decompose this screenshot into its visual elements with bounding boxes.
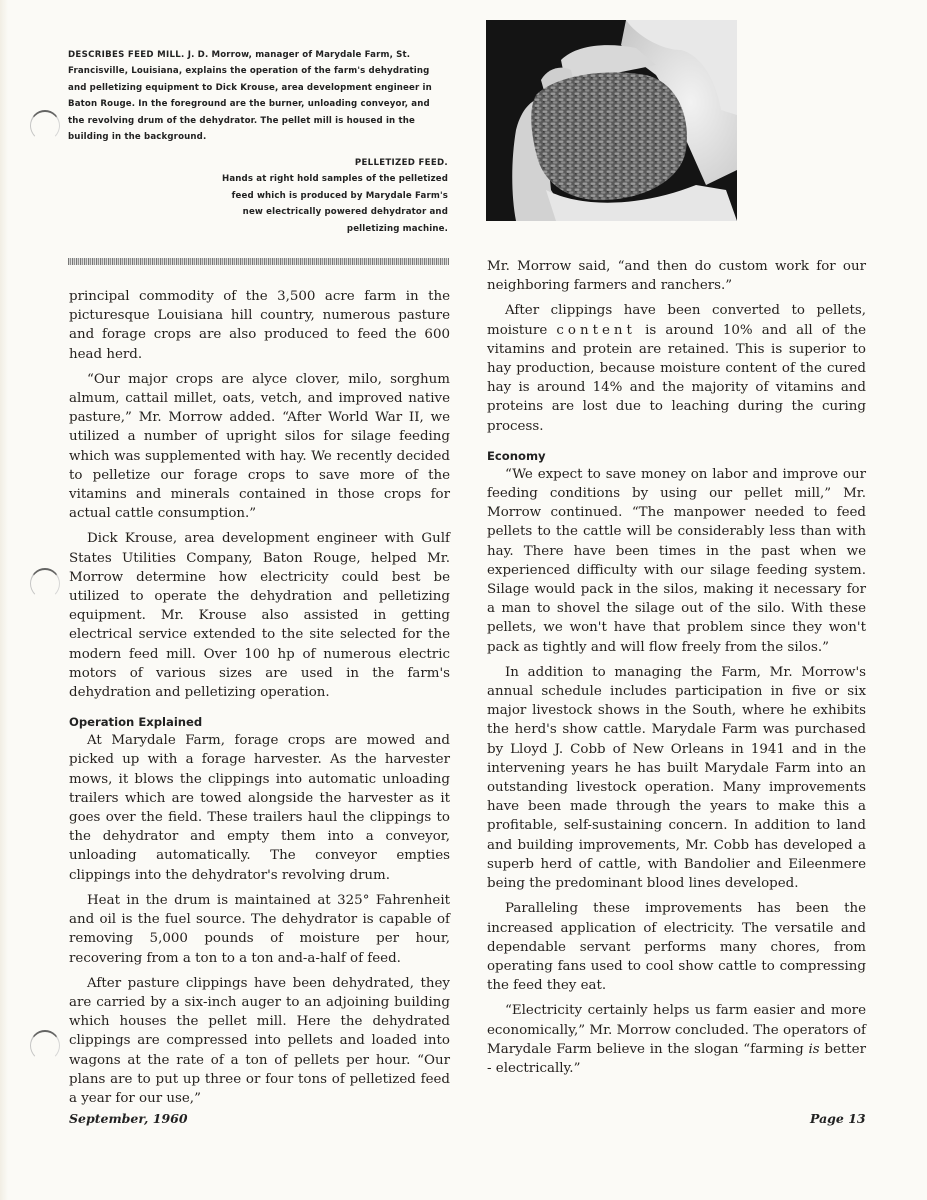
paragraph: Dick Krouse, area development engineer w…	[69, 529, 450, 702]
article-right-column: Mr. Morrow said, “and then do custom wor…	[487, 257, 866, 1084]
column-divider-rule	[68, 258, 449, 265]
section-heading-economy: Economy	[487, 447, 866, 465]
caption-text: J. D. Morrow, manager of Marydale Farm, …	[68, 50, 432, 142]
paragraph: After pasture clippings have been dehydr…	[69, 974, 450, 1108]
paragraph: In addition to managing the Farm, Mr. Mo…	[487, 663, 866, 893]
paragraph: Mr. Morrow said, “and then do custom wor…	[487, 257, 866, 295]
caption-text: Hands at right hold samples of the pelle…	[215, 171, 448, 237]
hole-punch-mark	[30, 568, 60, 599]
paragraph: principal commodity of the 3,500 acre fa…	[69, 287, 450, 364]
article-left-column: principal commodity of the 3,500 acre fa…	[69, 287, 450, 1114]
hole-punch-mark	[30, 110, 60, 141]
paragraph: After clippings have been converted to p…	[487, 301, 866, 435]
section-heading-operation-explained: Operation Explained	[69, 713, 450, 731]
caption-title: PELLETIZED FEED.	[215, 155, 448, 171]
footer-page-number: Page 13	[810, 1111, 866, 1126]
spaced-text-run: content	[556, 323, 636, 338]
page-edge	[0, 0, 8, 1200]
paragraph: “Electricity certainly helps us farm eas…	[487, 1001, 866, 1078]
caption-feed-mill: DESCRIBES FEED MILL. J. D. Morrow, manag…	[68, 47, 438, 145]
photo-pellets-in-hands	[486, 20, 737, 221]
paragraph: Heat in the drum is maintained at 325° F…	[69, 891, 450, 968]
paragraph: “We expect to save money on labor and im…	[487, 465, 866, 657]
italic-text-run: is	[808, 1042, 819, 1057]
footer-date: September, 1960	[69, 1111, 188, 1126]
caption-title: DESCRIBES FEED MILL.	[68, 50, 185, 60]
hands-pellets-image	[486, 20, 737, 221]
paragraph: Paralleling these improvements has been …	[487, 899, 866, 995]
caption-pelletized-feed: PELLETIZED FEED. Hands at right hold sam…	[215, 155, 448, 237]
paragraph: At Marydale Farm, forage crops are mowed…	[69, 731, 450, 885]
hole-punch-mark	[30, 1030, 60, 1061]
paragraph: “Our major crops are alyce clover, milo,…	[69, 370, 450, 524]
text-run: is around 10% and all of the vitamins an…	[487, 323, 866, 434]
